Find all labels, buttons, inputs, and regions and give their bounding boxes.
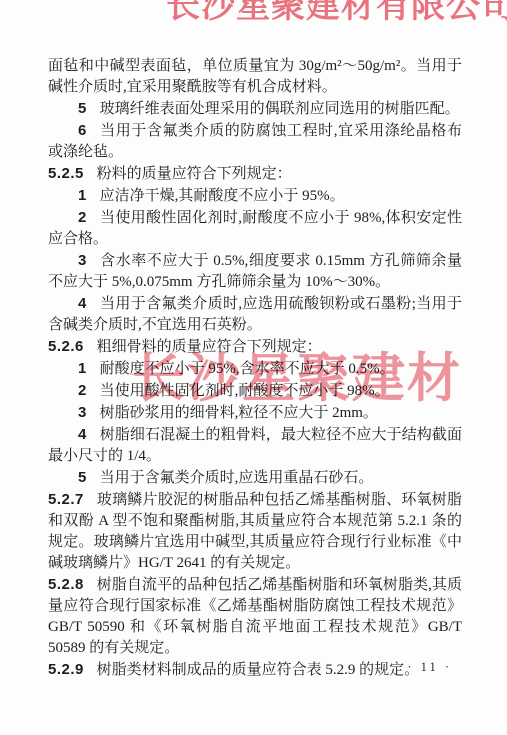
item-text: 含水率不应大于 0.5%,细度要求 0.15mm 方孔筛筛余量不应大于 5%,0… xyxy=(48,253,462,290)
list-item: 2当使用酸性固化剂时,耐酸度不应小于 98%。 xyxy=(48,380,462,402)
item-text: 应洁净干燥,其耐酸度不应小于 95%。 xyxy=(100,188,345,204)
clause-5-2-8: 5.2.8树脂自流平的品种包括乙烯基酯树脂和环氧树脂类,其质量应符合现行国家标准… xyxy=(48,574,462,659)
item-number: 1 xyxy=(78,187,87,204)
item-text: 树脂砂浆用的细骨料,粒径不应大于 2mm。 xyxy=(100,405,378,421)
list-item: 1应洁净干燥,其耐酸度不应小于 95%。 xyxy=(48,185,462,207)
clause-number: 5.2.5 xyxy=(48,165,84,182)
clause-text: 粗细骨料的质量应符合下列规定： xyxy=(97,339,322,355)
item-number: 2 xyxy=(78,382,87,399)
item-text: 耐酸度不应小于 95%,含水率不应大于 0.5%。 xyxy=(100,361,395,377)
item-number: 5 xyxy=(78,100,87,117)
clause-text: 粉料的质量应符合下列规定： xyxy=(97,166,292,182)
clause-5-2-5: 5.2.5粉料的质量应符合下列规定： xyxy=(48,163,462,185)
item-text: 当用于含氟类介质时,应选用硫酸钡粉或石墨粉;当用于含碱类介质时,不宜选用石英粉。 xyxy=(48,296,462,333)
page-number: · 11 · xyxy=(407,660,452,675)
body-text: 面毡和中碱型表面毡，单位质量宜为 30g/m²～50g/m²。当用于碱性介质时,… xyxy=(48,56,462,681)
list-item: 6当用于含氟类介质的防腐蚀工程时,宜采用涤纶晶格布或涤纶毡。 xyxy=(48,120,462,163)
item-number: 3 xyxy=(78,252,87,269)
list-item: 2当使用酸性固化剂时,耐酸度不应小于 98%,体积安定性应合格。 xyxy=(48,207,462,250)
item-number: 4 xyxy=(78,426,87,443)
item-text: 当使用酸性固化剂时,耐酸度不应小于 98%。 xyxy=(100,383,390,399)
clause-5-2-6: 5.2.6粗细骨料的质量应符合下列规定： xyxy=(48,336,462,358)
item-number: 5 xyxy=(78,469,87,486)
document-page: 长沙星聚建材有限公司 长沙星聚建材 面毡和中碱型表面毡，单位质量宜为 30g/m… xyxy=(0,0,507,735)
list-item: 4树脂细石混凝土的粗骨料，最大粒径不应大于结构截面最小尺寸的 1/4。 xyxy=(48,424,462,467)
watermark-top: 长沙星聚建材有限公司 xyxy=(166,0,507,27)
clause-number: 5.2.8 xyxy=(48,576,84,593)
item-text: 当使用酸性固化剂时,耐酸度不应小于 98%,体积安定性应合格。 xyxy=(48,210,462,247)
item-number: 4 xyxy=(78,295,87,312)
list-item: 1耐酸度不应小于 95%,含水率不应大于 0.5%。 xyxy=(48,358,462,380)
list-item: 3含水率不应大于 0.5%,细度要求 0.15mm 方孔筛筛余量不应大于 5%,… xyxy=(48,250,462,293)
list-item: 5当用于含氟类介质时,应选用重晶石砂石。 xyxy=(48,467,462,489)
clause-5-2-7: 5.2.7玻璃鳞片胶泥的树脂品种包括乙烯基酯树脂、环氧树脂和双酚 A 型不饱和聚… xyxy=(48,489,462,574)
clause-5-2-9: 5.2.9树脂类材料制成品的质量应符合表 5.2.9 的规定。 xyxy=(48,659,462,681)
item-number: 6 xyxy=(78,122,87,139)
clause-text: 树脂类材料制成品的质量应符合表 5.2.9 的规定。 xyxy=(97,662,420,678)
clause-number: 5.2.6 xyxy=(48,338,84,355)
item-text: 当用于含氟类介质的防腐蚀工程时,宜采用涤纶晶格布或涤纶毡。 xyxy=(48,123,462,160)
clause-text: 玻璃鳞片胶泥的树脂品种包括乙烯基酯树脂、环氧树脂和双酚 A 型不饱和聚酯树脂,其… xyxy=(48,492,462,571)
item-number: 3 xyxy=(78,404,87,421)
item-number: 2 xyxy=(78,209,87,226)
item-text: 玻璃纤维表面处理采用的偶联剂应同选用的树脂匹配。 xyxy=(100,101,460,117)
clause-number: 5.2.9 xyxy=(48,661,84,678)
item-number: 1 xyxy=(78,360,87,377)
item-text: 树脂细石混凝土的粗骨料，最大粒径不应大于结构截面最小尺寸的 1/4。 xyxy=(48,427,462,464)
paragraph-continuation: 面毡和中碱型表面毡，单位质量宜为 30g/m²～50g/m²。当用于碱性介质时,… xyxy=(48,56,462,98)
item-text: 当用于含氟类介质时,应选用重晶石砂石。 xyxy=(100,470,374,486)
list-item: 4当用于含氟类介质时,应选用硫酸钡粉或石墨粉;当用于含碱类介质时,不宜选用石英粉… xyxy=(48,293,462,336)
list-item: 3树脂砂浆用的细骨料,粒径不应大于 2mm。 xyxy=(48,402,462,424)
clause-number: 5.2.7 xyxy=(48,491,84,508)
clause-text: 树脂自流平的品种包括乙烯基酯树脂和环氧树脂类,其质量应符合现行国家标准《乙烯基酯… xyxy=(48,577,462,656)
list-item: 5玻璃纤维表面处理采用的偶联剂应同选用的树脂匹配。 xyxy=(48,98,462,120)
